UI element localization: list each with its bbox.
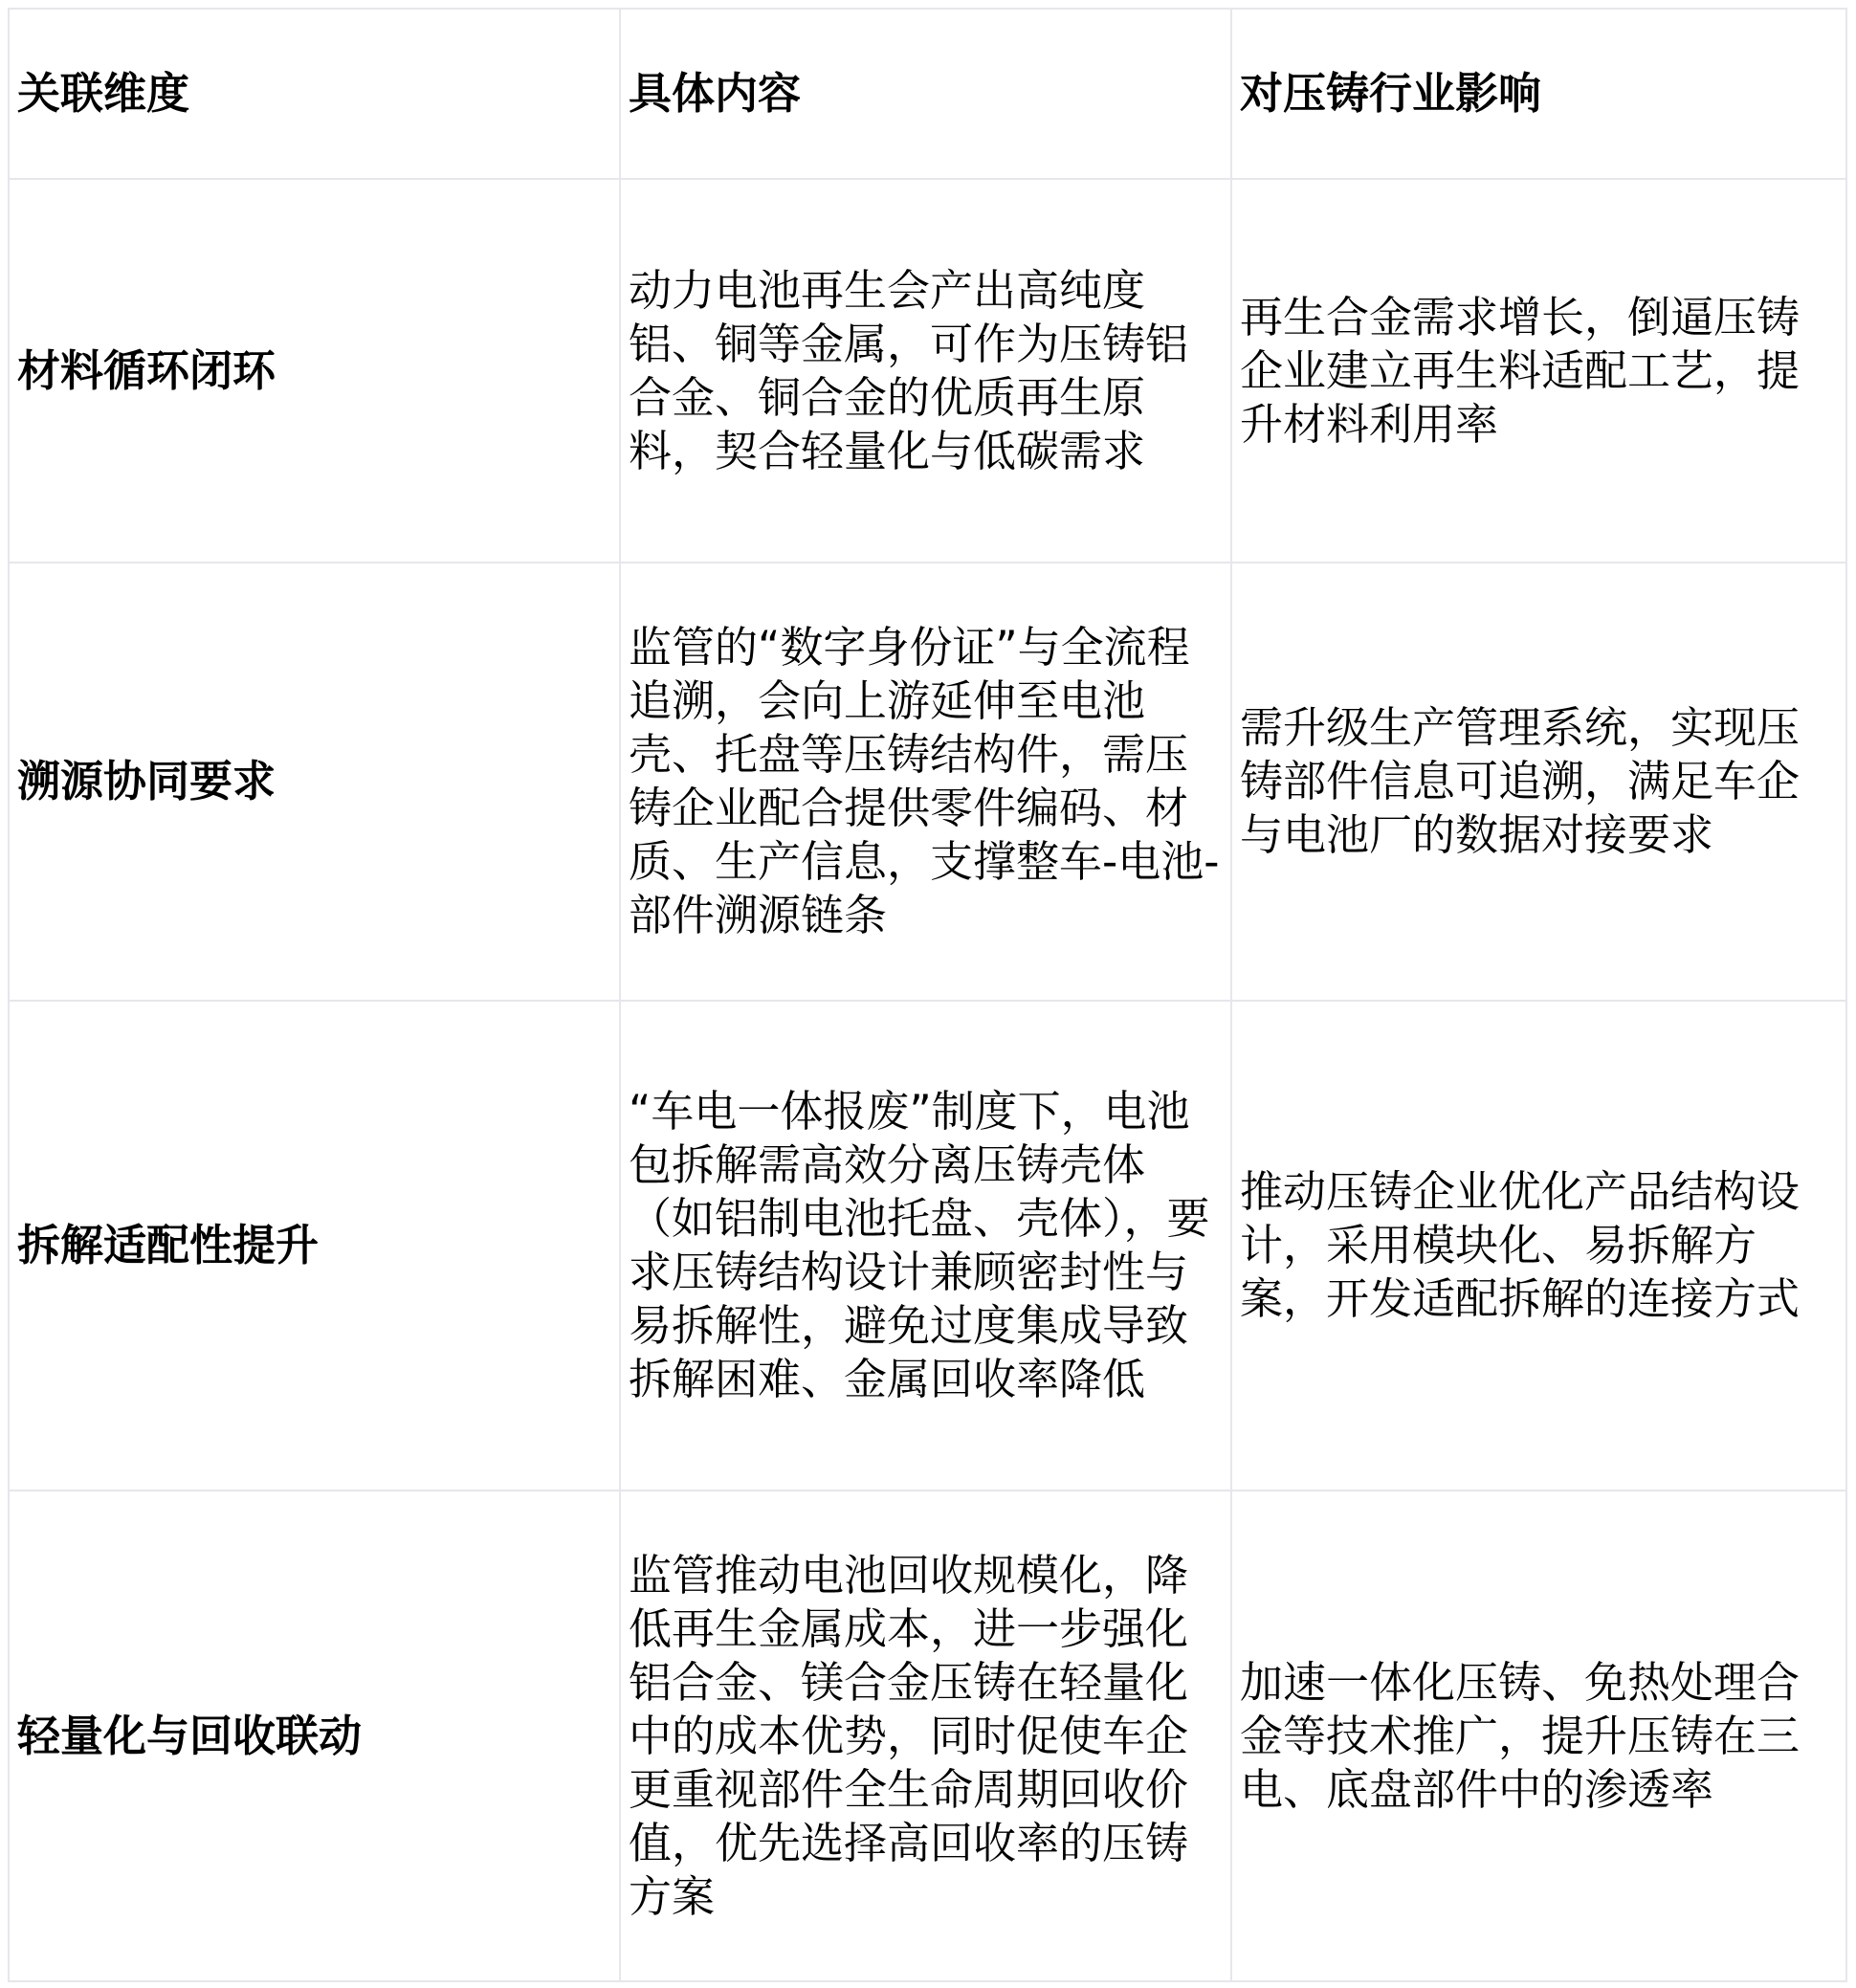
table-row: 轻量化与回收联动 监管推动电池回收规模化，降低再生金属成本，进一步强化铝合金、镁… xyxy=(9,1491,1846,1981)
cell-dimension: 溯源协同要求 xyxy=(9,563,620,1001)
cell-impact: 需升级生产管理系统，实现压铸部件信息可追溯，满足车企与电池厂的数据对接要求 xyxy=(1231,563,1846,1001)
cell-content: 监管推动电池回收规模化，降低再生金属成本，进一步强化铝合金、镁合金压铸在轻量化中… xyxy=(620,1491,1231,1981)
cell-dimension: 拆解适配性提升 xyxy=(9,1001,620,1491)
header-content: 具体内容 xyxy=(620,9,1231,179)
cell-impact: 加速一体化压铸、免热处理合金等技术推广，提升压铸在三电、底盘部件中的渗透率 xyxy=(1231,1491,1846,1981)
cell-dimension: 材料循环闭环 xyxy=(9,179,620,563)
cell-impact: 推动压铸企业优化产品结构设计，采用模块化、易拆解方案，开发适配拆解的连接方式 xyxy=(1231,1001,1846,1491)
cell-content: 监管的“数字身份证”与全流程追溯，会向上游延伸至电池壳、托盘等压铸结构件，需压铸… xyxy=(620,563,1231,1001)
header-impact: 对压铸行业影响 xyxy=(1231,9,1846,179)
cell-dimension: 轻量化与回收联动 xyxy=(9,1491,620,1981)
cell-content: 动力电池再生会产出高纯度铝、铜等金属，可作为压铸铝合金、铜合金的优质再生原料，契… xyxy=(620,179,1231,563)
cell-impact: 再生合金需求增长，倒逼压铸企业建立再生料适配工艺，提升材料利用率 xyxy=(1231,179,1846,563)
cell-content: “车电一体报废”制度下，电池包拆解需高效分离压铸壳体（如铝制电池托盘、壳体），要… xyxy=(620,1001,1231,1491)
table-container: 关联维度 具体内容 对压铸行业影响 材料循环闭环 动力电池再生会产出高纯度铝、铜… xyxy=(8,8,1845,1982)
die-casting-impact-table: 关联维度 具体内容 对压铸行业影响 材料循环闭环 动力电池再生会产出高纯度铝、铜… xyxy=(8,8,1847,1982)
table-row: 拆解适配性提升 “车电一体报废”制度下，电池包拆解需高效分离压铸壳体（如铝制电池… xyxy=(9,1001,1846,1491)
table-row: 溯源协同要求 监管的“数字身份证”与全流程追溯，会向上游延伸至电池壳、托盘等压铸… xyxy=(9,563,1846,1001)
table-header-row: 关联维度 具体内容 对压铸行业影响 xyxy=(9,9,1846,179)
table-row: 材料循环闭环 动力电池再生会产出高纯度铝、铜等金属，可作为压铸铝合金、铜合金的优… xyxy=(9,179,1846,563)
header-dimension: 关联维度 xyxy=(9,9,620,179)
